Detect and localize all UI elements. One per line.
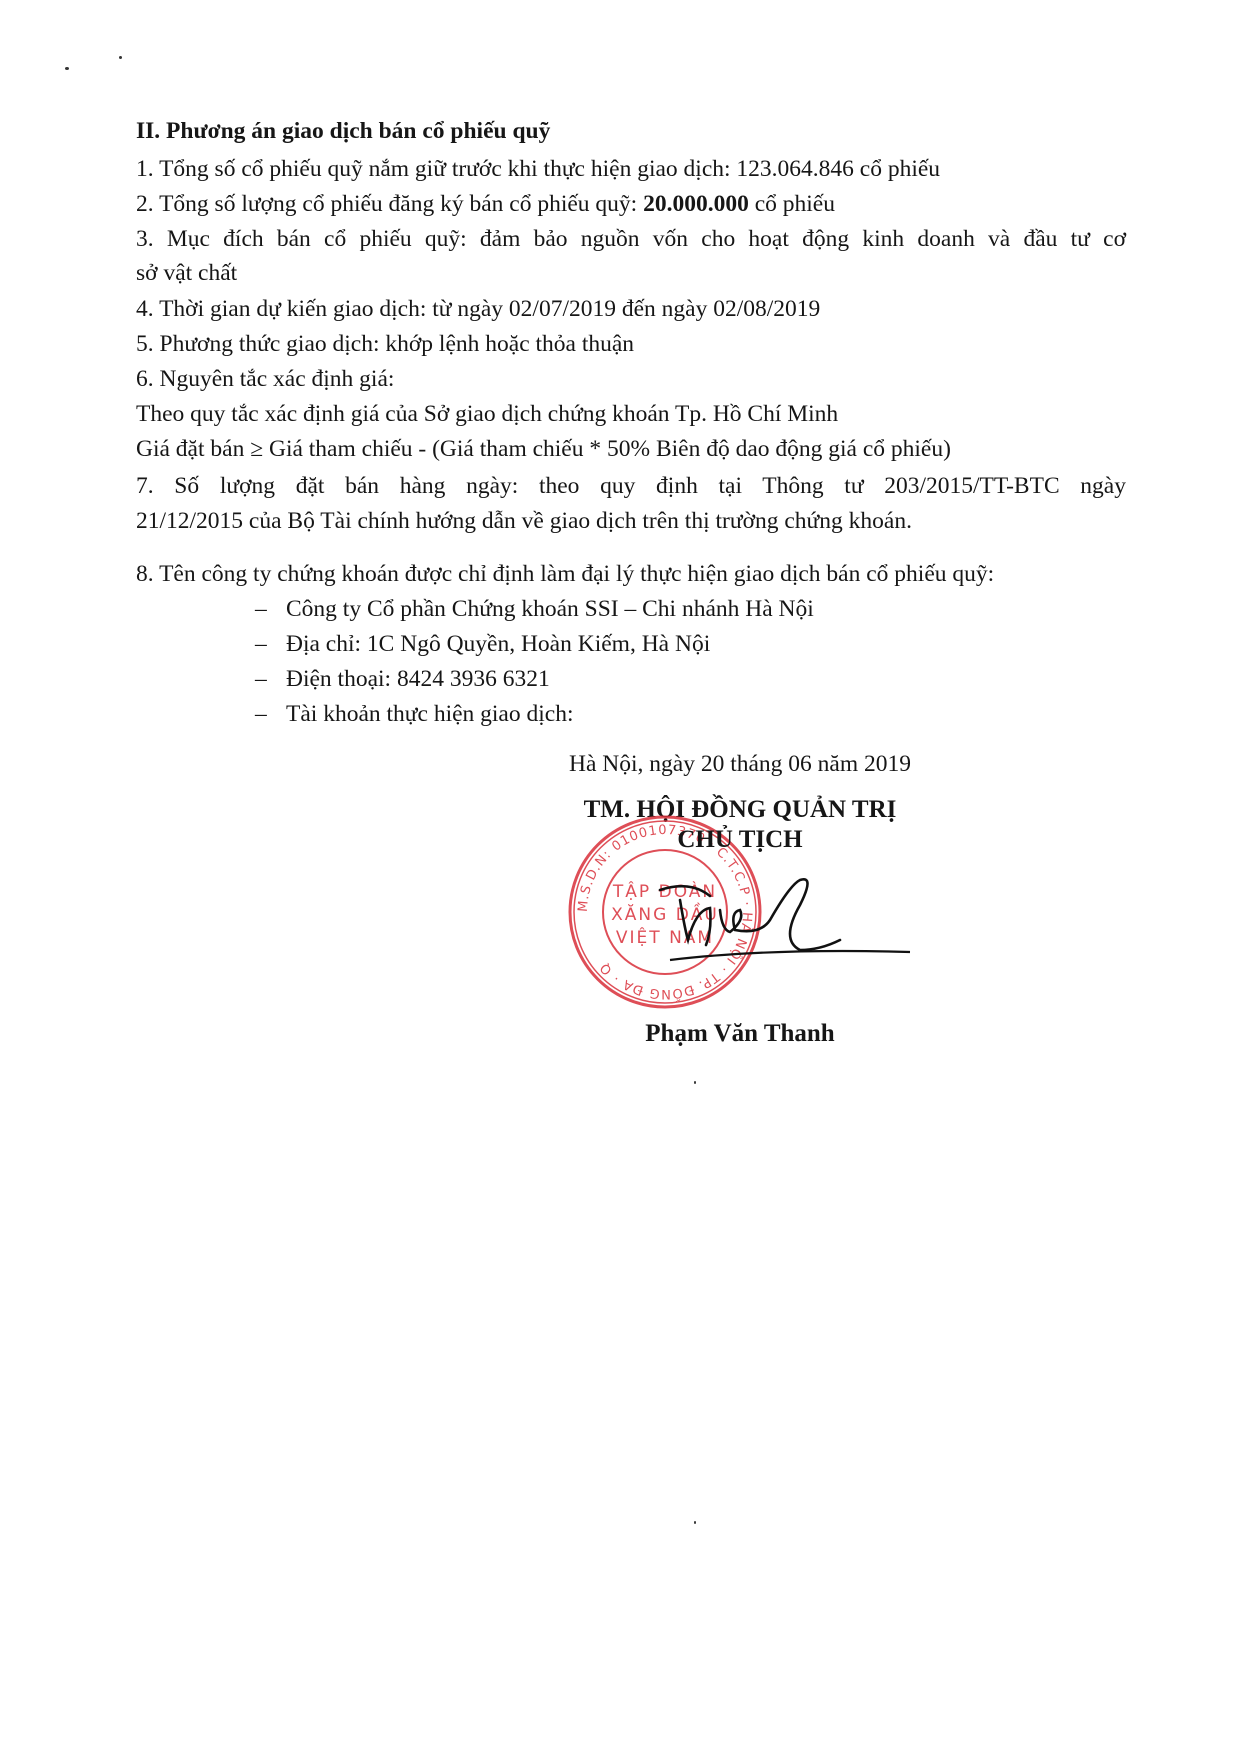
item-3-cont: sở vật chất	[136, 259, 237, 287]
item-6-rule: Theo quy tắc xác định giá của Sở giao dị…	[136, 400, 838, 428]
bullet-text: Địa chỉ: 1C Ngô Quyền, Hoàn Kiếm, Hà Nội	[286, 631, 710, 657]
bullet-address: –Địa chỉ: 1C Ngô Quyền, Hoàn Kiếm, Hà Nộ…	[255, 630, 710, 658]
item-8: 8. Tên công ty chứng khoán được chỉ định…	[136, 560, 994, 588]
item-2: 2. Tổng số lượng cổ phiếu đăng ký bán cổ…	[136, 190, 835, 218]
item-4: 4. Thời gian dự kiến giao dịch: từ ngày …	[136, 295, 820, 323]
bullet-marker: –	[255, 665, 286, 693]
item-2-unit: cổ phiếu	[749, 191, 835, 217]
bullet-account: –Tài khoản thực hiện giao dịch:	[255, 700, 573, 728]
scan-speck	[119, 56, 122, 59]
scan-speck	[694, 1081, 696, 1084]
chairman-title: CHỦ TỊCH	[600, 826, 880, 854]
signature-date: Hà Nội, ngày 20 tháng 06 năm 2019	[540, 751, 940, 778]
item-6-formula: Giá đặt bán ≥ Giá tham chiếu - (Giá tham…	[136, 435, 951, 463]
bullet-company: –Công ty Cổ phần Chứng khoán SSI – Chi n…	[255, 595, 814, 623]
item-5: 5. Phương thức giao dịch: khớp lệnh hoặc…	[136, 330, 634, 358]
bullet-text: Điện thoại: 8424 3936 6321	[286, 666, 550, 692]
bullet-marker: –	[255, 595, 286, 623]
signer-name: Phạm Văn Thanh	[600, 1020, 880, 1048]
bullet-text: Tài khoản thực hiện giao dịch:	[286, 701, 573, 727]
item-1: 1. Tổng số cổ phiếu quỹ nắm giữ trước kh…	[136, 155, 940, 183]
item-7-cont: 21/12/2015 của Bộ Tài chính hướng dẫn về…	[136, 507, 912, 535]
item-3: 3. Mục đích bán cổ phiếu quỹ: đảm bảo ng…	[136, 225, 1126, 253]
scan-speck	[694, 1521, 696, 1524]
bullet-marker: –	[255, 700, 286, 728]
handwritten-signature	[650, 860, 920, 970]
item-7: 7. Số lượng đặt bán hàng ngày: theo quy …	[136, 472, 1126, 500]
item-6: 6. Nguyên tắc xác định giá:	[136, 365, 394, 393]
bullet-text: Công ty Cổ phần Chứng khoán SSI – Chi nh…	[286, 596, 814, 622]
item-2-value: 20.000.000	[643, 191, 749, 217]
bullet-phone: –Điện thoại: 8424 3936 6321	[255, 665, 550, 693]
section-heading: II. Phương án giao dịch bán cổ phiếu quỹ	[136, 117, 550, 145]
bullet-marker: –	[255, 630, 286, 658]
scan-speck	[65, 67, 69, 70]
item-2-label: 2. Tổng số lượng cổ phiếu đăng ký bán cổ…	[136, 191, 643, 217]
